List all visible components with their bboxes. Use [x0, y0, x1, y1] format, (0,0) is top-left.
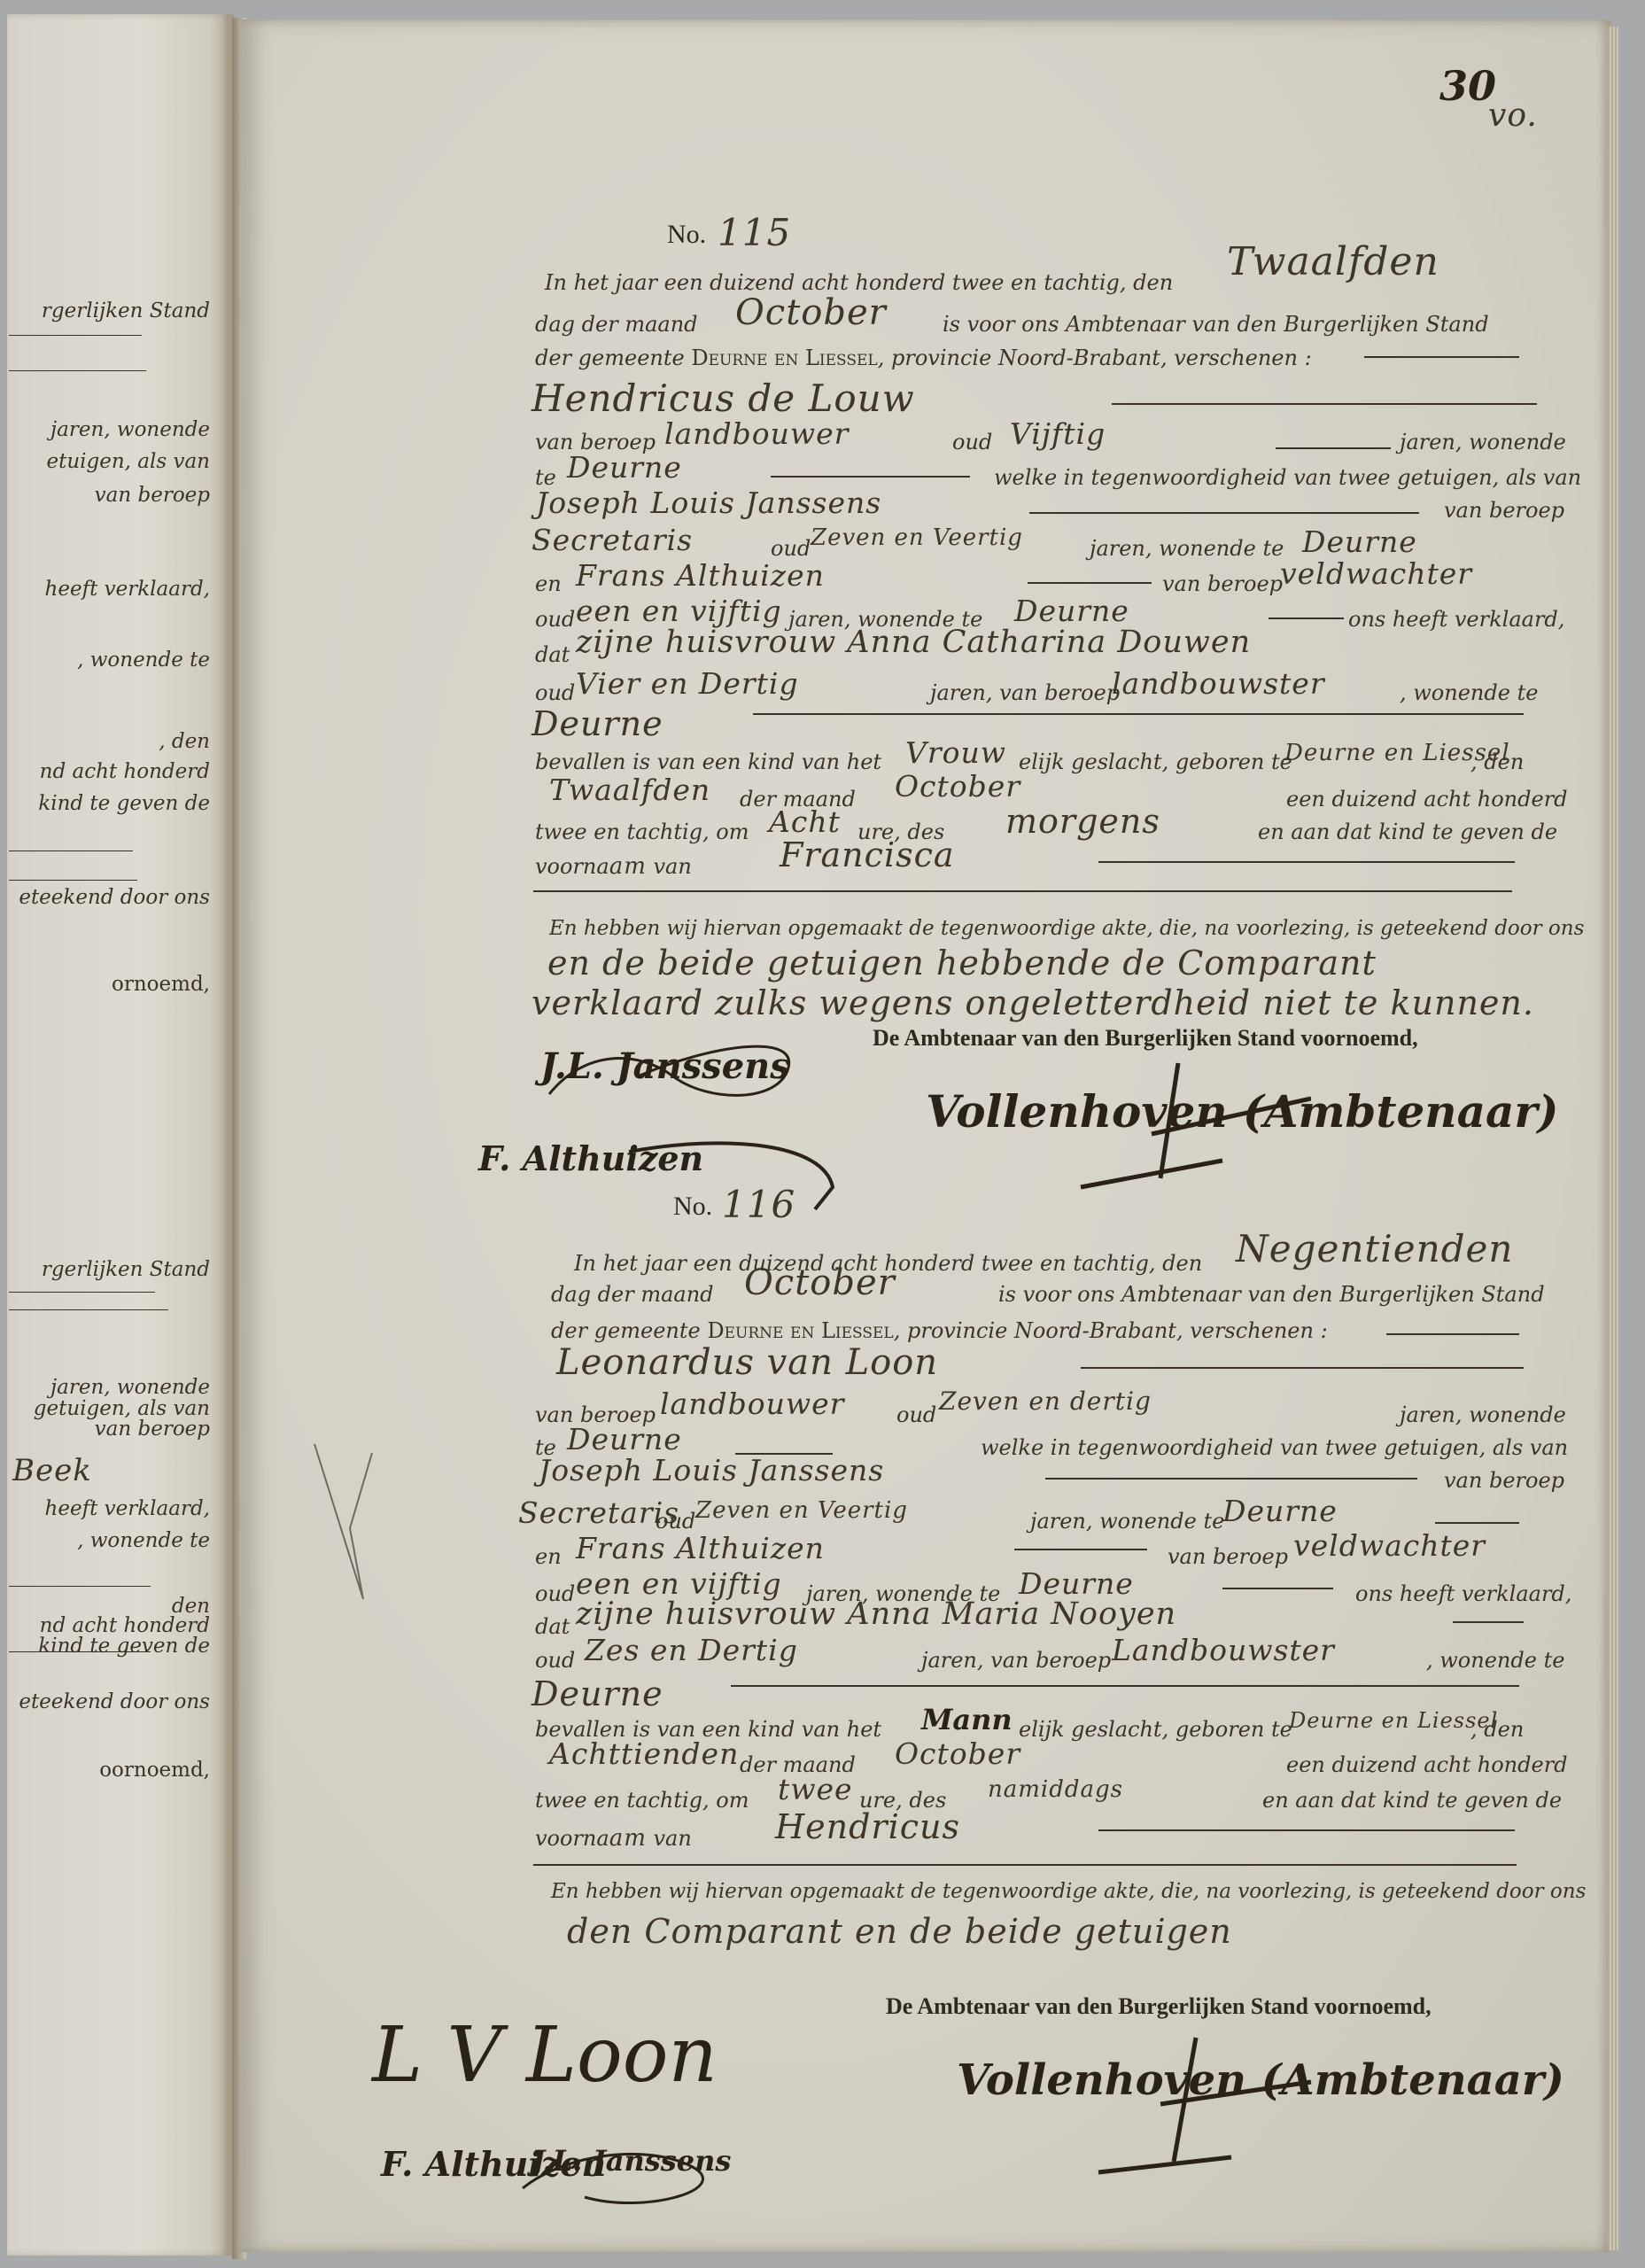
witness2-name: Frans Althuizen — [576, 558, 825, 593]
wife-name: zijne huisvrouw Anna Catharina Douwen — [576, 625, 1251, 660]
birth-hour: Acht — [769, 804, 841, 839]
official-label: De Ambtenaar van den Burgerlijken Stand … — [873, 1025, 1418, 1052]
printed-label: jaren, wonende te — [1030, 1509, 1224, 1534]
printed-label: ons heeft verklaard, — [1348, 607, 1564, 632]
printed-line: elijk geslacht, geboren te — [1019, 1717, 1292, 1742]
left-page — [7, 14, 234, 2256]
birth-hour: twee — [778, 1772, 853, 1806]
wife-residence: Deurne — [532, 1674, 663, 1713]
declarant-occupation: landbouwer — [660, 1386, 844, 1421]
printed-label: oud — [535, 680, 575, 705]
printed-line: is voor ons Ambtenaar van den Burgerlijk… — [998, 1282, 1545, 1307]
closing-printed: En hebben wij hiervan opgemaakt de tegen… — [549, 917, 1584, 940]
witness2-age: een en vijftig — [576, 594, 782, 628]
printed-line: elijk geslacht, geboren te — [1019, 750, 1292, 774]
printed-label: oud — [896, 1402, 936, 1427]
printed-label: jaren, wonende — [1400, 430, 1566, 454]
witness2-occupation: veldwachter — [1293, 1528, 1486, 1563]
printed-line: bevallen is van een kind van het — [535, 750, 881, 774]
signature-van-loon: L V Loon — [372, 2011, 718, 2100]
printed-line: dag der maand — [551, 1282, 714, 1307]
printed-label: ons heeft verklaard, — [1355, 1581, 1571, 1606]
printed-label: jaren, wonende te — [1090, 536, 1284, 561]
birth-day: Twaalfden — [549, 773, 710, 807]
printed-line: en aan dat kind te geven de — [1262, 1788, 1562, 1813]
printed-label: dat — [535, 1614, 570, 1639]
printed-label: , wonende te — [1426, 1648, 1564, 1673]
left-line: van beroep — [95, 484, 210, 507]
left-line: rgerlijken Stand — [42, 1258, 210, 1281]
witness2-occupation: veldwachter — [1280, 556, 1472, 591]
witness1-name: Joseph Louis Janssens — [539, 1453, 884, 1487]
printed-label: , den — [1470, 750, 1524, 774]
printed-label: van beroep — [1444, 1468, 1564, 1493]
pencil-mark — [310, 1440, 390, 1617]
left-line: kind te geven de — [38, 1635, 210, 1658]
left-line: nd acht honderd — [40, 760, 210, 783]
time-of-day: namiddags — [988, 1776, 1123, 1803]
declaration-month: October — [744, 1262, 896, 1303]
printed-label: van beroep — [1444, 498, 1564, 523]
printed-line: twee en tachtig, om — [535, 819, 749, 844]
declarant-age: Zeven en dertig — [939, 1386, 1152, 1416]
left-line: jaren, wonende — [50, 418, 210, 441]
printed-label: jaren, van beroep — [930, 680, 1120, 705]
printed-label: van beroep — [1162, 571, 1283, 596]
declaration-day: Twaalfden — [1227, 239, 1439, 284]
child-name: Hendricus — [775, 1807, 960, 1846]
left-line: , den — [159, 730, 210, 753]
witness1-residence: Deurne — [1302, 524, 1417, 559]
printed-line: en aan dat kind te geven de — [1258, 819, 1557, 844]
birth-month: October — [895, 769, 1020, 804]
left-line: rgerlijken Stand — [42, 299, 210, 322]
declaration-month: October — [735, 292, 887, 333]
child-name: Francisca — [780, 835, 955, 874]
printed-label: , wonende te — [1400, 680, 1538, 705]
printed-line: der gemeente Deurne en Liessel, provinci… — [551, 1318, 1328, 1343]
witness1-age: Zeven en Veertig — [695, 1497, 908, 1524]
witness1-occupation: Secretaris — [532, 523, 693, 557]
printed-label: voornaam van — [535, 853, 692, 880]
printed-label: oud — [771, 536, 811, 561]
declaration-day: Negentienden — [1236, 1227, 1513, 1270]
closing-printed: En hebben wij hiervan opgemaakt de tegen… — [551, 1880, 1586, 1903]
signature-flourish — [514, 2126, 709, 2224]
declarant-age: Vijftig — [1010, 416, 1106, 451]
wife-name: zijne huisvrouw Anna Maria Nooyen — [576, 1596, 1176, 1632]
witness1-name: Joseph Louis Janssens — [536, 485, 881, 520]
wife-occupation: Landbouwster — [1112, 1633, 1335, 1667]
witness2-residence: Deurne — [1014, 594, 1129, 628]
left-line: van beroep — [95, 1417, 210, 1441]
signature-flourish — [939, 1054, 1311, 1196]
left-line: jaren, wonende — [50, 1376, 210, 1399]
declarant-occupation: landbouwer — [664, 416, 849, 451]
left-line: kind te geven de — [38, 792, 210, 815]
printed-line: is voor ons Ambtenaar van den Burgerlijk… — [943, 312, 1489, 337]
act-number: 116 — [722, 1183, 795, 1226]
left-line: heeft verklaard, — [45, 578, 210, 601]
printed-line: een duizend acht honderd — [1286, 1752, 1568, 1777]
left-line: eteekend door ons — [19, 886, 210, 909]
printed-label: van beroep — [1168, 1544, 1288, 1569]
act-number: 115 — [718, 211, 791, 254]
printed-label: en — [535, 1544, 562, 1569]
printed-label: jaren, wonende — [1400, 1402, 1566, 1427]
closing-handwritten: verklaard zulks wegens ongeletterdheid n… — [532, 983, 1534, 1022]
wife-age: Zes en Dertig — [585, 1633, 798, 1667]
printed-label: , den — [1470, 1717, 1524, 1742]
birth-month: October — [895, 1736, 1020, 1771]
declarant-name: Leonardus van Loon — [556, 1342, 938, 1383]
printed-label: dat — [535, 642, 570, 667]
printed-line: twee en tachtig, om — [535, 1788, 749, 1813]
left-line: , wonende te — [77, 649, 210, 672]
signature-flourish — [532, 1041, 797, 1112]
child-sex: Vrouw — [905, 735, 1006, 770]
witness2-name: Frans Althuizen — [576, 1531, 825, 1565]
printed-label: oud — [952, 430, 992, 454]
witness1-residence: Deurne — [1222, 1494, 1338, 1528]
left-line: oornoemd, — [99, 1759, 210, 1782]
closing-handwritten: den Comparant en de beide getuigen — [567, 1912, 1232, 1951]
child-sex: Mann — [921, 1703, 1013, 1736]
act-number-label: No. — [667, 220, 706, 250]
printed-line: der gemeente Deurne en Liessel, provinci… — [535, 346, 1312, 370]
left-line: heeft verklaard, — [45, 1497, 210, 1520]
page-side: vo. — [1488, 97, 1538, 134]
left-line: etuigen, als van — [47, 450, 211, 473]
left-hand-beek: Beek — [12, 1453, 92, 1488]
printed-line: In het jaar een duizend acht honderd twe… — [545, 270, 1173, 295]
printed-line: welke in tegenwoordigheid van twee getui… — [981, 1435, 1568, 1460]
birth-day: Achttienden — [549, 1736, 739, 1771]
printed-label: oud — [535, 607, 575, 632]
time-of-day: morgens — [1005, 802, 1160, 841]
signature-flourish — [957, 2029, 1329, 2179]
declarant-residence: Deurne — [567, 1422, 682, 1456]
declarant-residence: Deurne — [567, 450, 682, 485]
left-line: ornoemd, — [112, 973, 210, 996]
printed-label: oud — [656, 1509, 695, 1534]
printed-line: welke in tegenwoordigheid van twee getui… — [994, 465, 1581, 490]
birthplace: Deurne en Liessel — [1289, 1708, 1498, 1733]
closing-handwritten: en de beide getuigen hebbende de Compara… — [547, 944, 1377, 983]
page-edge — [1608, 27, 1618, 2250]
printed-label: voornaam van — [535, 1825, 692, 1852]
wife-residence: Deurne — [532, 704, 663, 743]
wife-age: Vier en Dertig — [576, 666, 799, 701]
printed-line: een duizend acht honderd — [1286, 787, 1568, 812]
act-number-label: No. — [673, 1192, 712, 1222]
printed-label: jaren, van beroep — [921, 1648, 1111, 1673]
printed-line: dag der maand — [535, 312, 698, 337]
printed-label: oud — [535, 1648, 575, 1673]
left-line: eteekend door ons — [19, 1690, 210, 1713]
declarant-name: Hendricus de Louw — [532, 377, 915, 420]
printed-label: en — [535, 571, 562, 596]
wife-occupation: landbouwster — [1112, 666, 1325, 701]
witness1-age: Zeven en Veertig — [811, 524, 1023, 551]
printed-label: oud — [535, 1581, 575, 1606]
left-line: , wonende te — [77, 1529, 210, 1552]
official-label: De Ambtenaar van den Burgerlijken Stand … — [886, 1993, 1432, 2020]
